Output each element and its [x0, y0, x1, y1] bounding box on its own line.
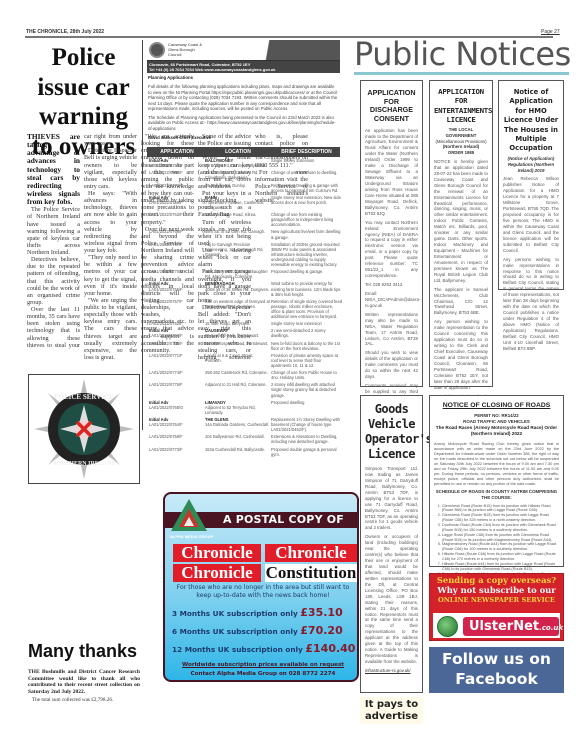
application-location: Adjacent to 21 Hall Rd, Coleraine.	[205, 382, 271, 397]
discharge-title: APPLICATION FOR DISCHARGE CONSENT	[365, 89, 418, 124]
svg-text:NORTHERN IRELAND: NORTHERN IRELAND	[52, 461, 116, 467]
application-ref: LA01/2022/0771/F	[149, 353, 205, 368]
road-schedule-item: Glenshesk Road (Route B15) from its junc…	[442, 504, 559, 514]
application-number: LA01/2022/0768/F	[149, 341, 183, 346]
road-schedule-item: Magherahoney Road (Route A44) from its j…	[442, 542, 559, 552]
law-line-4: ORDER 1985	[434, 150, 488, 156]
subscription-price: £140.40	[305, 642, 355, 655]
application-ref: LA01/2022/0768/F	[149, 341, 205, 351]
council-name: Causeway Coast & Glens Borough Council	[168, 42, 208, 57]
planning-table-row: LA01/2022/0763/F122 Edenbane Road, Kilre…	[147, 211, 340, 228]
application-description: Change of use from Public House to 4no. …	[271, 370, 342, 380]
alpha-media-label: ALPHA MEDIA GROUP	[170, 534, 213, 539]
application-description: Proposed dwelling	[271, 400, 342, 415]
council-banner: Causeway Coast & Glens Borough Council	[147, 40, 340, 61]
application-location: 258-262 Castlerock Rd, Coleraine.	[205, 370, 271, 380]
article-paragraph: He says: "With advances in technology, t…	[84, 190, 137, 254]
application-location: 25m E of No. 73 Culcrum Rd, Cloughmills,…	[205, 170, 271, 180]
application-ref: LA01/2022/0758/F	[149, 434, 205, 444]
discharge-p3: Written representations may also be made…	[365, 312, 418, 348]
application-description: New bi-fold doors & balcony to the 1st f…	[271, 341, 342, 351]
application-description: Single Storey Extension	[271, 158, 342, 168]
application-location: 153a Cushendall Rd, Ballycastle.	[205, 447, 271, 457]
northern-constitution-masthead: Constitution	[265, 564, 357, 582]
psni-crest-icon: POLICE SERVICE NORTHERN IRELAND	[32, 377, 136, 481]
application-location: Lands at 6 & 7 Kerr Street, Portrush.	[205, 353, 271, 368]
overseas-subscription-ad[interactable]: Sending a copy overseas? Why not subscri…	[429, 573, 564, 641]
location-text: 29 Ballyiig Rd, Dunloy.	[205, 183, 246, 188]
facebook-line-2: Facebook	[429, 669, 564, 689]
application-location: 49m SE of 51 Glen Rd, Garvagh.	[205, 229, 271, 239]
application-description: Change of use from existing garage/offic…	[271, 212, 342, 227]
discharge-p4: Should you wish to view details of the a…	[365, 350, 418, 380]
planning-table-row: LA01/2022/0768/FNo 28 Prospect Road, Por…	[147, 340, 340, 352]
application-ref: Initial AdvLA01/2022/0764/F	[149, 417, 205, 432]
subscription-label: 12 Months UK subscription only	[172, 645, 303, 654]
entertainments-title: APPLICATION FOR ENTERTAINMENTS LICENCE	[434, 87, 488, 124]
road-schedule-item: Hillside Road (Route A44) from its junct…	[442, 562, 559, 572]
application-ref: LA01/2022/0776/F	[149, 382, 205, 397]
contact-line: Tel +44 (0) 28 7034 7034 Web www.causewa…	[149, 67, 338, 72]
application-ref: LA01/2022/0770/O	[149, 269, 205, 279]
postal-contact: Contact Alpha Media Group on 028 8772 22…	[169, 671, 357, 677]
road-schedule-item: Doofinnan Road (Route C64) from its junc…	[442, 523, 559, 533]
goods-title: Goods Vehicle Operator's Licence	[365, 402, 418, 462]
subscription-6-months: 6 Months UK subscription only £70.20	[172, 624, 343, 637]
application-number: LA01/2022/0776/F	[149, 382, 183, 387]
application-description: Replacement Dwelling & garage with acces…	[271, 183, 342, 193]
application-description: Single storey rear extension. New side a…	[271, 195, 342, 210]
location-text: Site on western edge of farmyard at 79 B…	[205, 299, 270, 309]
hmo-p2: Any persons wishing to make representati…	[503, 257, 559, 352]
planning-schedule-text: The Schedule of Planning Applications be…	[148, 115, 339, 132]
application-number: LA01/2022/0772/O	[149, 183, 183, 188]
facebook-line-1: Follow us on	[429, 649, 564, 669]
application-description: Change of use from loan to dwelling.	[271, 170, 342, 180]
application-location: Site 158m SW of 19 Knockaughter Rd, Maco…	[205, 269, 271, 279]
application-location: 15 Vale Road, Greysteel.	[205, 321, 271, 326]
application-number: LA01/2022/0767/F	[149, 242, 183, 247]
application-ref: LA01/2022/0757/F	[149, 299, 205, 319]
planning-table-row: LA01/2022/0770/OSite 158m SW of 19 Knock…	[147, 268, 340, 280]
hmo-licence-notice: Notice of Application for HMO Licence Un…	[498, 80, 564, 290]
planning-table-row: Initial AdvLA01/2022/0764/FTHE GLENS14a …	[147, 416, 340, 433]
roads-title: NOTICE OF CLOSING OF ROADS	[434, 402, 559, 409]
column-location: LOCATION	[205, 149, 271, 155]
application-location: Site on western edge of farmyard at 79 B…	[205, 299, 271, 319]
article-lead: THIEVES are taking advantage of advances…	[27, 133, 80, 206]
location-text: 25m E of No. 73 Culcrum Rd, Cloughmills,…	[205, 170, 258, 180]
application-number: LA01/2022/0770/O	[149, 269, 183, 274]
application-number: LA01/2022/0756/F	[149, 287, 183, 292]
planning-intro: Planning Applications Full details of th…	[147, 73, 340, 145]
application-number: LA01/2022/0765/O	[149, 405, 183, 410]
ballycastle-chronicle-masthead: Chronicle	[173, 564, 261, 582]
planning-table-row: LA01/2022/0760/F25m E of No. 73 Culcrum …	[147, 169, 340, 181]
application-ref: LA01/2022/0762/F	[149, 321, 205, 326]
application-number: LA01/2022/0758/F	[149, 163, 183, 168]
planning-table-row: Initial AdvLA01/2022/0761/FCAUSEWAY26 Se…	[147, 327, 340, 339]
it-pays-to-advertise: It pays to advertise	[360, 697, 423, 724]
location-text: 153a Cushendall Rd, Ballycastle.	[205, 447, 265, 452]
column-description: BRIEF DESCRIPTION	[271, 149, 342, 155]
application-ref: Initial AdvLA01/2022/0756/F	[149, 281, 205, 296]
hmo-title: Notice of Application for HMO Licence Un…	[503, 88, 559, 154]
council-address: Cloonavin, 66 Portstewart Road, Colerain…	[147, 61, 340, 73]
application-description: New agricultural live/wet farm dwelling …	[271, 229, 342, 239]
postal-message: For those who are no longer in the area …	[169, 584, 357, 601]
application-location: Adj to Garvagh Precision Engineering, 10…	[205, 242, 271, 268]
entertainments-licence-notice: APPLICATION FOR ENTERTAINMENTS LICENCE T…	[429, 80, 493, 387]
planning-table-row: LA01/2022/0773/F153a Cushendall Rd, Ball…	[147, 446, 340, 458]
roads-p1: Armoy Motorcycle Road Racing Club hereby…	[434, 441, 559, 487]
application-number: LA01/2022/0774/F	[149, 370, 183, 375]
application-description: 2 new semi-detached 2 storey dwellings.	[271, 328, 342, 338]
many-thanks-heading: Many thanks	[28, 641, 137, 662]
subscription-label: 6 Months UK subscription only	[172, 627, 298, 636]
road-schedule-item: Glenshesk Road (Route B15) from its junc…	[442, 513, 559, 523]
location-text: 14a Dalriada Gardens, Cushendall.	[205, 422, 269, 427]
application-location: 104 Ballyeamon Rd, Cushendall.	[205, 434, 271, 444]
alpha-media-logo-icon	[169, 497, 209, 537]
application-number: LA01/2022/0760/F	[149, 170, 183, 175]
goods-vehicle-notice: Goods Vehicle Operator's Licence Simpson…	[360, 395, 423, 693]
application-location: No 28 Prospect Road, Portstewart.	[205, 341, 271, 351]
planning-table-row: LA01/2022/0767/FAdj to Garvagh Precision…	[147, 241, 340, 269]
postal-copy-ad: ALPHA MEDIA GROUP A POSTAL COPY OF Chron…	[163, 492, 359, 682]
application-description: Proposed double garage & personal gym.	[271, 447, 342, 457]
application-location: THE GLENS14a Dalriada Gardens, Cushendal…	[205, 417, 271, 432]
application-number: LA01/2022/0764/F	[149, 422, 183, 427]
planning-table-row: LA01/2022/0766/F49m SE of 51 Glen Rd, Ga…	[147, 228, 340, 240]
publication-date-line: THE CHRONICLE, 28th July 2022	[26, 29, 104, 35]
subscription-12-months: 12 Months UK subscription only £140.40	[172, 642, 355, 655]
application-ref: LA01/2022/0772/O	[149, 183, 205, 193]
application-ref: LA01/2022/0773/F	[149, 447, 205, 457]
road-schedule-item: Hillside Road (Route C66) from its junct…	[442, 552, 559, 562]
location-text: Adjacent to 52 Terrydoo Rd, Limavady.	[205, 405, 256, 415]
goods-p1: Simpson Transport Ltd. now trading as Ja…	[365, 466, 418, 531]
subscription-3-months: 3 Months UK subscription only £35.10	[172, 606, 343, 619]
location-text: 408m W of 38 Straw Rd, Dungiven.	[205, 287, 269, 292]
application-ref: Initial AdvLA01/2022/0761/F	[149, 328, 205, 338]
planning-table-row: LA01/2022/0771/FLands at 6 & 7 Kerr Stre…	[147, 352, 340, 369]
planning-table-row: Initial AdvLA01/2022/0758/FBALLYMONEY47 …	[147, 157, 340, 169]
application-ref: Initial AdvLA01/2022/0759/F	[149, 195, 205, 210]
planning-table-row: Initial AdvLA01/2022/0759/FBANN7 Belvede…	[147, 194, 340, 211]
overseas-line-2: Why not subscribe to our	[430, 586, 563, 596]
overseas-line-3: ONLINE NEWSPAPER SERVICE	[430, 597, 563, 605]
application-number: LA01/2022/0766/F	[149, 229, 183, 234]
application-ref: LA01/2022/0763/F	[149, 212, 205, 227]
discharge-p2: You may contact Northern Ireland Environ…	[365, 220, 418, 279]
planning-table-row: LA01/2022/0774/F258-262 Castlerock Rd, C…	[147, 369, 340, 381]
application-number: LA01/2022/0773/F	[149, 447, 183, 452]
location-text: Site 158m SW of 19 Knockaughter Rd, Maco…	[205, 269, 268, 279]
planning-table-header: APPLICATION LOCATION BRIEF DESCRIPTION	[147, 147, 340, 157]
police-article-body: THIEVES are taking advantage of advances…	[27, 133, 137, 361]
application-number: LA01/2022/0771/F	[149, 353, 183, 358]
planning-table-row: LA01/2022/0758/F104 Ballyeamon Rd, Cushe…	[147, 433, 340, 445]
application-location: 29 Ballyiig Rd, Dunloy.	[205, 183, 271, 193]
facebook-ad[interactable]: Follow us on Facebook	[429, 647, 564, 693]
location-text: 122 Edenbane Road, Kilrea.	[205, 212, 256, 217]
many-thanks-total: The total sum collected was £2,798.26.	[28, 697, 140, 703]
planning-table-row: Initial AdvLA01/2022/0756/FBENBRADAGH408…	[147, 280, 340, 297]
postal-title: A POSTAL COPY OF	[223, 512, 344, 528]
location-text: 7 Belvedere Avenue, Castlerock, Colerain…	[205, 200, 264, 210]
application-description: Proposed dwelling & garage.	[271, 269, 342, 279]
coleraine-chronicle-masthead: Chronicle	[173, 544, 261, 562]
svg-text:POLICE SERVICE: POLICE SERVICE	[54, 393, 114, 401]
application-description: 2 storey infill dwelling with attached s…	[271, 382, 342, 397]
planning-table-body: Initial AdvLA01/2022/0758/FBALLYMONEY47 …	[147, 157, 340, 458]
hmo-p1: Jean Rebecca Wilson publishes Notice of …	[503, 176, 559, 253]
article-paragraph: "They only need to be within a few metre…	[84, 254, 137, 297]
location-text: Lands at 6 & 7 Kerr Street, Portrush.	[205, 353, 253, 363]
article-paragraph: "We are urging the public to be vigilant…	[84, 297, 137, 361]
application-description: Retention of single storey covered feed …	[271, 299, 342, 319]
entertainments-p3: Any person wishing to make representatio…	[434, 319, 488, 390]
application-number: LA01/2022/0759/F	[149, 200, 183, 205]
page-number: Page 27	[541, 29, 560, 35]
public-notices-title: Public Notices	[354, 38, 580, 70]
planning-notice: Causeway Coast & Glens Borough Council C…	[147, 40, 340, 458]
location-text: 47 Bridge Rd, Dunloy, Ballymena.	[205, 163, 266, 168]
application-description: Installation of 263No ground-mounted 385…	[271, 242, 342, 268]
application-description: Extensions & Alterations to Dwelling, in…	[271, 434, 342, 444]
public-notices-rule	[354, 72, 569, 75]
ulsternet-tld: .co.uk	[539, 624, 563, 632]
planning-table-row: LA01/2022/0762/F15 Vale Road, Greysteel.…	[147, 320, 340, 327]
road-schedule-item: Lagge Road (Route C66) from its junction…	[442, 533, 559, 543]
law-line-1: THE LOCAL GOVERNMENT	[434, 127, 488, 139]
application-location: BANN7 Belvedere Avenue, Castlerock, Cole…	[205, 195, 271, 210]
planning-section-title: Planning Applications	[148, 75, 339, 81]
roads-order: The Road Races (Armoy Motorcycle Road Ra…	[434, 425, 559, 437]
planning-table-row: LA01/2022/0772/O29 Ballyiig Rd, Dunloy.R…	[147, 182, 340, 194]
application-number: LA01/2022/0758/F	[149, 434, 183, 439]
application-number: LA01/2022/0762/F	[149, 321, 183, 326]
application-ref: LA01/2022/0774/F	[149, 370, 205, 380]
ballymoney-chronicle-masthead: Chronicle	[265, 544, 357, 562]
application-ref: Initial AdvLA01/2022/0758/F	[149, 158, 205, 168]
article-paragraph: The Police Service of Northern Ireland h…	[27, 206, 80, 256]
location-text: No 28 Prospect Road, Portstewart.	[205, 341, 268, 346]
hmo-subtitle: (Notice of Application) Regulations (Nor…	[503, 156, 559, 174]
discharge-consent-notice: APPLICATION FOR DISCHARGE CONSENT An app…	[360, 80, 423, 387]
planning-intro-text: Full details of the following planning a…	[148, 84, 339, 112]
application-location: BALLYMONEY47 Bridge Rd, Dunloy, Ballymen…	[205, 158, 271, 168]
article-paragraph: Detectives believe, due to the repeated …	[27, 256, 80, 306]
application-description: Wind turbine to provide energy for exist…	[271, 281, 342, 296]
application-description: Single storey rear extension	[271, 321, 342, 326]
application-description: Provision of private amenity space at ro…	[271, 353, 342, 368]
subscription-price: £35.10	[300, 606, 342, 619]
application-location: 122 Edenbane Road, Kilrea.	[205, 212, 271, 227]
roads-schedule-title: SCHEDULE OF ROADS IN COUNTY ANTRIM COMPR…	[434, 489, 559, 501]
planning-table-row: LA01/2022/0757/FSite on western edge of …	[147, 298, 340, 320]
subscription-price: £70.20	[300, 624, 342, 637]
location-text: 104 Ballyeamon Rd, Cushendall.	[205, 434, 265, 439]
application-number: LA01/2022/0763/F	[149, 212, 183, 217]
application-ref: LA01/2022/0766/F	[149, 229, 205, 239]
location-text: Adjacent to 21 Hall Rd, Coleraine.	[205, 382, 267, 387]
ulsternet-banner: UlsterNet.co.uk	[432, 612, 561, 639]
application-location: LIMAVADYAdjacent to 52 Terrydoo Rd, Lima…	[205, 400, 271, 415]
application-ref: Initial AdvLA01/2022/0765/O	[149, 400, 205, 415]
worldwide-prices-link[interactable]: Worldwide subscription prices available …	[169, 662, 357, 668]
subscription-label: 3 Months UK subscription only	[172, 609, 298, 618]
goods-website-link[interactable]: infrastructure-ni.gov.uk/	[365, 668, 418, 673]
ulsternet-brand: UlsterNet	[469, 619, 539, 634]
entertainments-p1: NOTICE is hereby given that an applicati…	[434, 159, 488, 284]
ulsternet-link[interactable]: UlsterNet.co.uk	[463, 617, 559, 636]
planning-signatory: David Jackson Chief Executive	[148, 135, 339, 141]
application-number: LA01/2022/0757/F	[149, 299, 183, 304]
article-paragraph: Detective Inspector Bell is urging vehic…	[84, 147, 137, 190]
globe-icon	[437, 616, 458, 637]
application-location: CAUSEWAY26 Seafield Park, Portstewart.	[205, 328, 271, 338]
location-text: Adj to Garvagh Precision Engineering, 10…	[205, 242, 263, 257]
location-text: 49m SE of 51 Glen Rd, Garvagh.	[205, 229, 265, 234]
discharge-p1: An application has been made to the Depa…	[365, 128, 418, 217]
psni-crest-image: POLICE SERVICE NORTHERN IRELAND	[28, 374, 140, 484]
application-number: LA01/2022/0761/F	[149, 333, 183, 338]
application-ref: LA01/2022/0767/F	[149, 242, 205, 268]
entertainments-p2: The applicant is Samuel McClements, Club…	[434, 287, 488, 317]
column-application: APPLICATION	[149, 149, 205, 155]
many-thanks-body: THE Bushmills and District Cancer Resear…	[28, 669, 140, 695]
application-ref: LA01/2022/0760/F	[149, 170, 205, 180]
planning-table-row: LA01/2022/0776/FAdjacent to 21 Hall Rd, …	[147, 381, 340, 398]
goods-p2: Owners or occupiers of land (including b…	[365, 534, 418, 665]
location-text: 15 Vale Road, Greysteel.	[205, 321, 250, 326]
application-description: Replacement 1½ Storey Dwelling with base…	[271, 417, 342, 432]
council-logo-icon	[149, 42, 165, 58]
location-text: 258-262 Castlerock Rd, Coleraine.	[205, 370, 268, 375]
planning-table-row: Initial AdvLA01/2022/0765/OLIMAVADYAdjac…	[147, 399, 340, 416]
column-divider	[142, 40, 143, 430]
discharge-tel: Tel: 028 9263 3412.	[365, 282, 418, 288]
application-location: BENBRADAGH408m W of 38 Straw Rd, Dungive…	[205, 281, 271, 296]
road-closing-notice: NOTICE OF CLOSING OF ROADS PERMIT NO: RR…	[429, 395, 564, 567]
discharge-email: Email: NIEA_DICAPAdmin@daera-ni.gov.uk	[365, 291, 418, 309]
location-text: 26 Seafield Park, Portstewart.	[205, 333, 259, 338]
